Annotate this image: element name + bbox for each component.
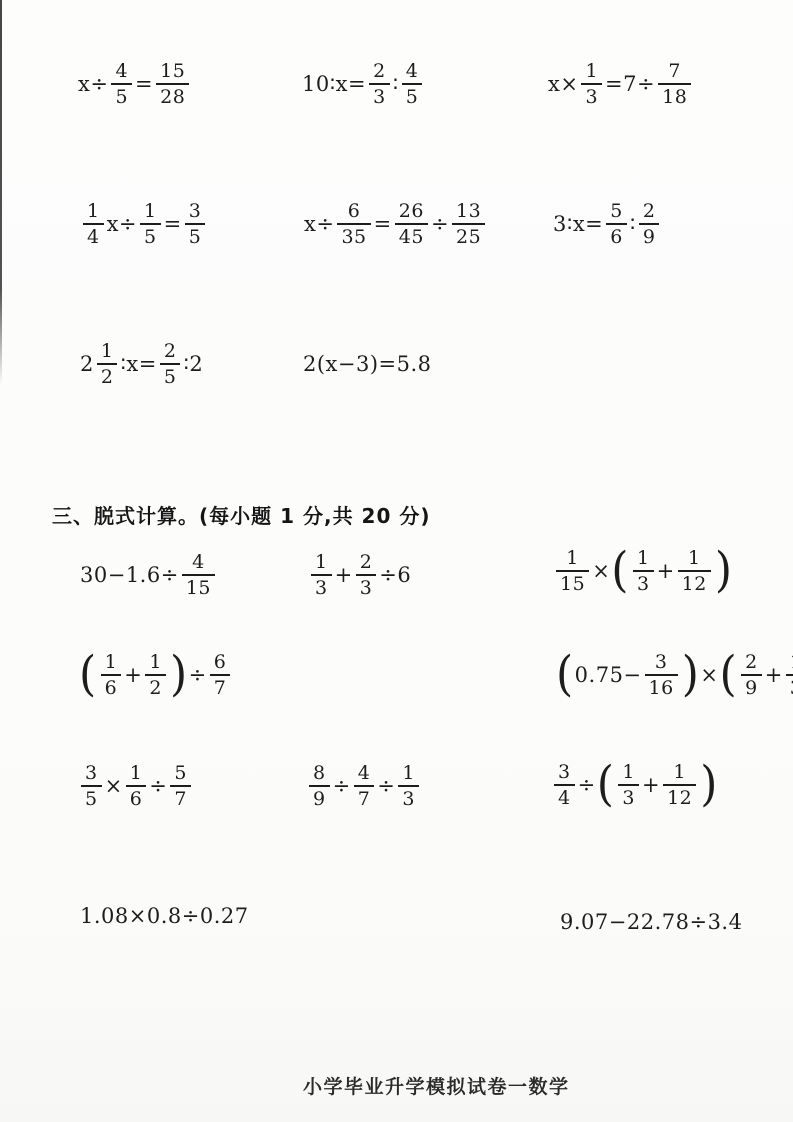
fraction: 13 — [618, 762, 639, 808]
fraction: 56 — [606, 201, 627, 247]
fraction: 13 — [398, 763, 419, 809]
math-text: ∶2 — [183, 352, 203, 376]
math-text: x÷ — [78, 72, 108, 96]
fraction: 1528 — [156, 61, 189, 107]
math-text: 0.75− — [575, 663, 642, 687]
fraction: 2645 — [395, 201, 428, 247]
math-text: = — [164, 212, 182, 236]
calc-problem-8: 34÷(13+112) — [551, 751, 719, 819]
fraction: 16 — [101, 652, 122, 698]
fraction: 45 — [111, 61, 132, 107]
fraction: 16 — [126, 763, 147, 809]
fraction: 29 — [639, 201, 660, 247]
big-paren: ( — [79, 654, 97, 697]
section-header: 三、脱式计算。(每小题 1 分,共 20 分) — [52, 500, 430, 529]
big-paren: ( — [720, 654, 738, 697]
fraction: 25 — [160, 341, 181, 387]
math-text: x÷ — [107, 212, 137, 236]
math-text: ÷ — [578, 773, 596, 797]
math-text: ÷ — [377, 774, 395, 798]
math-text: =7÷ — [605, 72, 655, 96]
calc-problem-2: 13+23÷6 — [308, 544, 411, 606]
calc-problem-4: (16+12)÷67 — [78, 641, 233, 709]
fraction: 12 — [97, 341, 118, 387]
math-text: 30−1.6÷ — [80, 563, 179, 587]
fraction: 35 — [185, 201, 206, 247]
fraction: 13 — [786, 652, 793, 698]
math-text: 10∶x= — [302, 72, 366, 96]
fraction: 29 — [741, 652, 762, 698]
scan-artifact-mark: ’ — [537, 1080, 541, 1095]
math-text: 2(x−3)=5.8 — [303, 352, 432, 376]
fraction: 67 — [210, 652, 231, 698]
big-paren: ( — [597, 764, 615, 807]
math-text: 2 — [80, 352, 94, 376]
math-text: + — [765, 663, 783, 687]
solve-eq-2: 10∶x=23∶45 — [302, 53, 425, 115]
worksheet-page: x÷45=1528 10∶x=23∶45 x×13=7÷718 14x÷15=3… — [0, 0, 793, 1122]
calc-problem-9: 1.08×0.8÷0.27 — [80, 896, 249, 936]
fraction: 115 — [556, 548, 589, 594]
big-paren: ) — [715, 550, 733, 593]
fraction: 112 — [678, 548, 711, 594]
calc-problem-10: 9.07−22.78÷3.4 — [560, 902, 742, 942]
math-text: ÷ — [431, 212, 449, 236]
math-text: x÷ — [304, 212, 334, 236]
calc-problem-5: (0.75−316)×(29+13) — [555, 641, 793, 709]
fraction: 718 — [658, 61, 691, 107]
math-text: ÷6 — [379, 563, 411, 587]
math-text: + — [335, 563, 353, 587]
page-footer: 小学毕业升学模拟试卷一数学 — [303, 1072, 570, 1099]
math-text: + — [642, 773, 660, 797]
calc-problem-7: 89÷47÷13 — [306, 755, 422, 817]
solve-eq-8: 2(x−3)=5.8 — [303, 333, 432, 395]
math-text: ÷ — [189, 663, 207, 687]
fraction: 112 — [663, 762, 696, 808]
solve-eq-6: 3∶x=56∶29 — [553, 193, 662, 255]
solve-eq-4: 14x÷15=35 — [80, 193, 208, 255]
fraction: 12 — [145, 652, 166, 698]
math-text: × — [105, 774, 123, 798]
fraction: 47 — [354, 763, 375, 809]
math-text: × — [700, 663, 718, 687]
big-paren: ) — [682, 654, 700, 697]
calc-problem-3: 115×(13+112) — [553, 540, 734, 602]
scan-edge-artifact — [0, 0, 2, 385]
math-text: ∶ — [393, 72, 399, 96]
big-paren: ( — [611, 550, 629, 593]
math-text: + — [124, 663, 142, 687]
fraction: 14 — [83, 201, 104, 247]
fraction: 415 — [182, 552, 215, 598]
big-paren: ) — [170, 654, 188, 697]
calc-problem-6: 35×16÷57 — [78, 755, 194, 817]
math-text: 3∶x= — [553, 212, 603, 236]
fraction: 1325 — [452, 201, 485, 247]
solve-eq-5: x÷635=2645÷1325 — [304, 193, 488, 255]
math-text: + — [657, 559, 675, 583]
fraction: 13 — [633, 548, 654, 594]
fraction: 13 — [311, 552, 332, 598]
solve-eq-7: 212∶x=25∶2 — [80, 333, 203, 395]
fraction: 34 — [554, 762, 575, 808]
math-text: ∶x= — [120, 352, 156, 376]
fraction: 45 — [402, 61, 423, 107]
math-text: x× — [548, 72, 578, 96]
fraction: 15 — [140, 201, 161, 247]
calc-problem-1: 30−1.6÷415 — [80, 544, 218, 606]
big-paren: ) — [700, 764, 718, 807]
big-paren: ( — [556, 654, 574, 697]
math-text: ÷ — [149, 774, 167, 798]
fraction: 35 — [81, 763, 102, 809]
fraction: 89 — [309, 763, 330, 809]
math-text: 9.07−22.78÷3.4 — [560, 910, 742, 934]
math-text: × — [592, 559, 610, 583]
math-text: = — [135, 72, 153, 96]
fraction: 13 — [581, 61, 602, 107]
fraction: 316 — [645, 652, 678, 698]
fraction: 23 — [356, 552, 377, 598]
fraction: 57 — [170, 763, 191, 809]
math-text: 1.08×0.8÷0.27 — [80, 904, 249, 928]
fraction: 635 — [337, 201, 370, 247]
math-text: ÷ — [333, 774, 351, 798]
fraction: 23 — [369, 61, 390, 107]
solve-eq-3: x×13=7÷718 — [548, 53, 694, 115]
math-text: = — [374, 212, 392, 236]
solve-eq-1: x÷45=1528 — [78, 53, 192, 115]
math-text: ∶ — [630, 212, 636, 236]
